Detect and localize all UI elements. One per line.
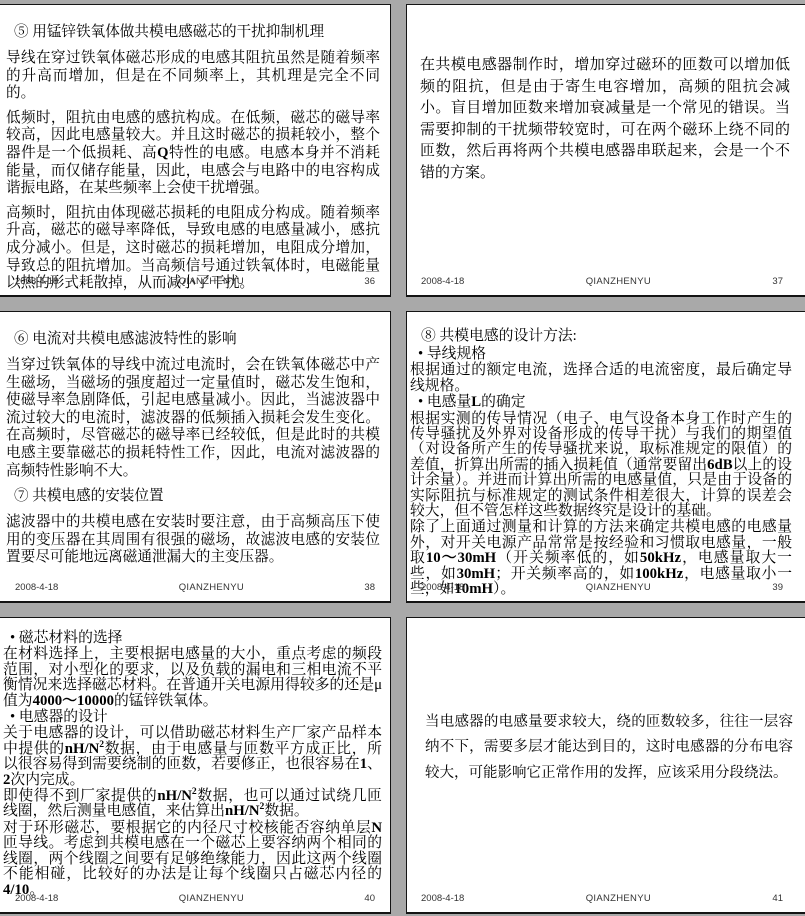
footer-date: 2008-4-18	[15, 893, 58, 904]
slide-footer: 2008-4-18 QIANZHENYU 36	[0, 276, 390, 287]
slide-content: 当电感器的电感量要求较大，绕的匝数较多，往往一层容纳不下，需要多层才能达到目的，…	[407, 618, 805, 786]
slide-footer: 2008-4-18 QIANZHENYU 37	[407, 276, 805, 287]
slide-37: 在共模电感器制作时，增加穿过磁环的匝数可以增加低频的阻抗，但是由于寄生电容增加，…	[406, 4, 805, 297]
footer-date: 2008-4-18	[421, 582, 464, 593]
paragraph: 对于环形磁芯，要根据它的内径尺寸校核能否容纳单层N匝导线。考虑到共模电感在一个磁…	[3, 821, 382, 898]
slide-content: 在共模电感器制作时，增加穿过磁环的匝数可以增加低频的阻抗，但是由于寄生电容增加，…	[407, 5, 805, 184]
slide-title: ⑧ 共模电感的设计方法:	[410, 328, 792, 345]
footer-page-number: 38	[364, 582, 375, 593]
footer-author: QIANZHENYU	[58, 893, 364, 904]
footer-date: 2008-4-18	[15, 582, 58, 593]
slide-footer: 2008-4-18 QIANZHENYU 41	[407, 893, 805, 904]
slide-36: ⑤ 用锰锌铁氧体做共模电感磁芯的干扰抑制机理 导线在穿过铁氧体磁芯形成的电感其阻…	[0, 4, 391, 297]
paragraph: 当穿过铁氧体的导线中流过电流时，会在铁氧体磁芯中产生磁场，当磁场的强度超过一定量…	[6, 357, 380, 480]
footer-page-number: 40	[364, 893, 375, 904]
slide-content: ⑥ 电流对共模电感滤波特性的影响 当穿过铁氧体的导线中流过电流时，会在铁氧体磁芯…	[0, 312, 390, 567]
footer-date: 2008-4-18	[421, 893, 464, 904]
slide-content: ⑤ 用锰锌铁氧体做共模电感磁芯的干扰抑制机理 导线在穿过铁氧体磁芯形成的电感其阻…	[0, 5, 390, 293]
slide-40: • 磁芯材料的选择 在材料选择上，主要根据电感量的大小，重点考虑的频段范围，对小…	[0, 617, 391, 914]
bullet-item: • 导线规格	[410, 347, 792, 362]
handout-grid: ⑤ 用锰锌铁氧体做共模电感磁芯的干扰抑制机理 导线在穿过铁氧体磁芯形成的电感其阻…	[0, 0, 805, 916]
bullet-item: • 磁芯材料的选择	[3, 631, 382, 646]
footer-author: QIANZHENYU	[464, 893, 772, 904]
paragraph: 滤波器中的共模电感在安装时要注意，由于高频高压下使用的变压器在其周围有很强的磁场…	[6, 514, 380, 567]
footer-page-number: 36	[364, 276, 375, 287]
footer-date: 2008-4-18	[15, 276, 58, 287]
paragraph: 在材料选择上，主要根据电感量的大小，重点考虑的频段范围，对小型化的要求，以及负载…	[3, 647, 382, 709]
paragraph: 即使得不到厂家提供的nH/N2数据，也可以通过试绕几匝线圈，然后测量电感值，来估…	[3, 789, 382, 820]
slide-footer: 2008-4-18 QIANZHENYU 40	[0, 893, 390, 904]
paragraph: 当电感器的电感量要求较大，绕的匝数较多，往往一层容纳不下，需要多层才能达到目的，…	[425, 710, 793, 786]
footer-author: QIANZHENYU	[464, 582, 772, 593]
slide-38: ⑥ 电流对共模电感滤波特性的影响 当穿过铁氧体的导线中流过电流时，会在铁氧体磁芯…	[0, 311, 391, 603]
paragraph: 导线在穿过铁氧体磁芯形成的电感其阻抗虽然是随着频率的升高而增加，但是在不同频率上…	[6, 50, 380, 103]
footer-author: QIANZHENYU	[58, 582, 364, 593]
bullet-item: • 电感量L的确定	[410, 395, 792, 410]
slide-content: • 磁芯材料的选择 在材料选择上，主要根据电感量的大小，重点考虑的频段范围，对小…	[0, 618, 390, 898]
slide-content: ⑧ 共模电感的设计方法: • 导线规格 根据通过的额定电流，选择合适的电流密度，…	[407, 312, 805, 598]
footer-author: QIANZHENYU	[58, 276, 364, 287]
footer-page-number: 41	[772, 893, 783, 904]
slide-title: ⑥ 电流对共模电感滤波特性的影响	[6, 330, 380, 349]
slide-footer: 2008-4-18 QIANZHENYU 38	[0, 582, 390, 593]
footer-date: 2008-4-18	[421, 276, 464, 287]
paragraph: 低频时，阻抗由电感的感抗构成。在低频，磁芯的磁导率较高，因此电感量较大。并且这时…	[6, 110, 380, 198]
paragraph: 关于电感器的设计，可以借助磁芯材料生产厂家产品样本中提供的nH/N2数据，由于电…	[3, 726, 382, 788]
footer-page-number: 37	[772, 276, 783, 287]
slide-title: ⑤ 用锰锌铁氧体做共模电感磁芯的干扰抑制机理	[6, 23, 380, 42]
slide-title: ⑦ 共模电感的安装位置	[6, 487, 380, 506]
paragraph: 根据通过的额定电流，选择合适的电流密度，最后确定导线规格。	[410, 363, 792, 394]
footer-author: QIANZHENYU	[464, 276, 772, 287]
slide-41: 当电感器的电感量要求较大，绕的匝数较多，往往一层容纳不下，需要多层才能达到目的，…	[406, 617, 805, 914]
slide-39: ⑧ 共模电感的设计方法: • 导线规格 根据通过的额定电流，选择合适的电流密度，…	[406, 311, 805, 603]
paragraph: 在共模电感器制作时，增加穿过磁环的匝数可以增加低频的阻抗，但是由于寄生电容增加，…	[420, 55, 790, 184]
bullet-item: • 电感器的设计	[3, 710, 382, 725]
slide-footer: 2008-4-18 QIANZHENYU 39	[407, 582, 805, 593]
paragraph: 根据实测的传导情况（电子、电气设备本身工作时产生的传导骚扰及外界对设备形成的传导…	[410, 412, 792, 520]
footer-page-number: 39	[772, 582, 783, 593]
